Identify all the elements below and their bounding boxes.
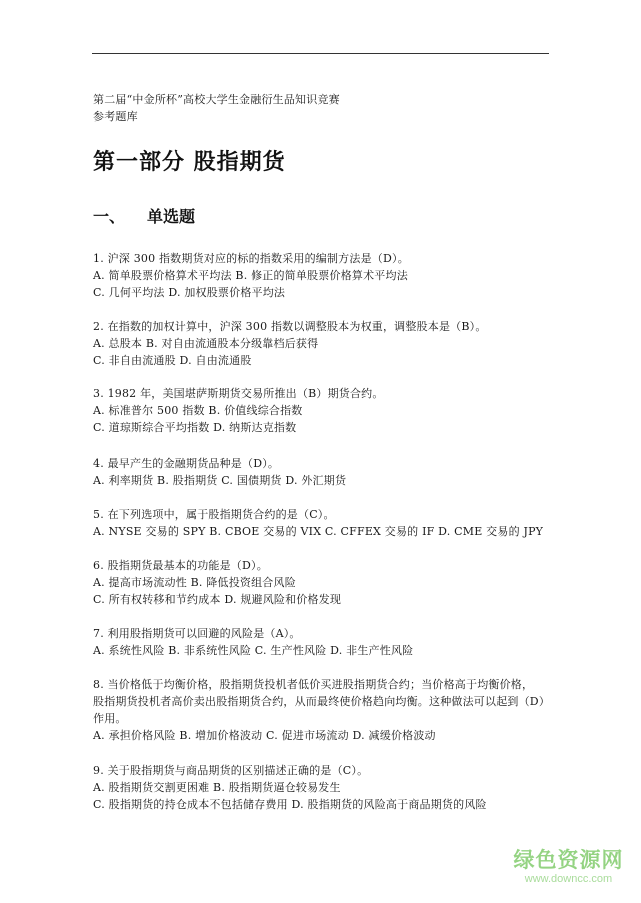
question-bank-label: 参考题库 (93, 110, 138, 124)
question-options: A. 股指期货交割更困难 B. 股指期货逼仓较易发生 (93, 779, 553, 796)
question-options: A. NYSE 交易的 SPY B. CBOE 交易的 VIX C. CFFEX… (93, 523, 553, 540)
watermark-logo-text: 绿色资源网 (506, 848, 631, 872)
question-8: 8. 当价格低于均衡价格，股指期货投机者低价买进股指期货合约；当价格高于均衡价格… (93, 676, 553, 744)
question-options: A. 标准普尔 500 指数 B. 价值线综合指数 (93, 402, 553, 419)
question-stem: 7. 利用股指期货可以回避的风险是（A）。 (93, 625, 553, 642)
section-title: 一、单选题 (93, 206, 195, 228)
question-stem-continued: 股指期货投机者高价卖出股指期货合约，从而最终使价格趋向均衡。这种做法可以起到（D… (93, 693, 553, 710)
competition-title: 第二届“中金所杯”高校大学生金融衍生品知识竞赛 (93, 93, 340, 107)
question-stem: 5. 在下列选项中，属于股指期货合约的是（C）。 (93, 506, 553, 523)
question-stem: 4. 最早产生的金融期货品种是（D）。 (93, 455, 553, 472)
question-stem: 3. 1982 年，美国堪萨斯期货交易所推出（B）期货合约。 (93, 385, 553, 402)
question-stem: 8. 当价格低于均衡价格，股指期货投机者低价买进股指期货合约；当价格高于均衡价格… (93, 676, 553, 693)
section-label: 单选题 (147, 207, 195, 226)
question-5: 5. 在下列选项中，属于股指期货合约的是（C）。 A. NYSE 交易的 SPY… (93, 506, 553, 540)
question-stem: 6. 股指期货最基本的功能是（D）。 (93, 557, 553, 574)
question-2: 2. 在指数的加权计算中，沪深 300 指数以调整股本为权重，调整股本是（B）。… (93, 318, 553, 369)
question-options: C. 道琼斯综合平均指数 D. 纳斯达克指数 (93, 419, 553, 436)
watermark-url: www.downcc.com (506, 872, 631, 886)
question-options: C. 非自由流通股 D. 自由流通股 (93, 352, 553, 369)
question-options: A. 总股本 B. 对自由流通股本分级靠档后获得 (93, 335, 553, 352)
part-title: 第一部分 股指期货 (93, 149, 286, 177)
question-1: 1. 沪深 300 指数期货对应的标的指数采用的编制方法是（D）。 A. 简单股… (93, 250, 553, 301)
question-stem: 2. 在指数的加权计算中，沪深 300 指数以调整股本为权重，调整股本是（B）。 (93, 318, 553, 335)
question-options: A. 系统性风险 B. 非系统性风险 C. 生产性风险 D. 非生产性风险 (93, 642, 553, 659)
question-stem: 9. 关于股指期货与商品期货的区别描述正确的是（C）。 (93, 762, 553, 779)
question-6: 6. 股指期货最基本的功能是（D）。 A. 提高市场流动性 B. 降低投资组合风… (93, 557, 553, 608)
question-options: A. 提高市场流动性 B. 降低投资组合风险 (93, 574, 553, 591)
question-options: C. 股指期货的持仓成本不包括储存费用 D. 股指期货的风险高于商品期货的风险 (93, 796, 553, 813)
question-9: 9. 关于股指期货与商品期货的区别描述正确的是（C）。 A. 股指期货交割更困难… (93, 762, 553, 813)
question-options: A. 承担价格风险 B. 增加价格波动 C. 促进市场流动 D. 减缓价格波动 (93, 727, 553, 744)
question-3: 3. 1982 年，美国堪萨斯期货交易所推出（B）期货合约。 A. 标准普尔 5… (93, 385, 553, 436)
question-options: C. 所有权转移和节约成本 D. 规避风险和价格发现 (93, 591, 553, 608)
question-7: 7. 利用股指期货可以回避的风险是（A）。 A. 系统性风险 B. 非系统性风险… (93, 625, 553, 659)
question-stem: 1. 沪深 300 指数期货对应的标的指数采用的编制方法是（D）。 (93, 250, 553, 267)
question-stem-continued: 作用。 (93, 710, 553, 727)
question-options: A. 简单股票价格算术平均法 B. 修正的简单股票价格算术平均法 (93, 267, 553, 284)
section-number: 一、 (93, 207, 125, 226)
header-rule (92, 53, 549, 54)
question-options: A. 利率期货 B. 股指期货 C. 国债期货 D. 外汇期货 (93, 472, 553, 489)
question-4: 4. 最早产生的金融期货品种是（D）。 A. 利率期货 B. 股指期货 C. 国… (93, 455, 553, 489)
watermark: 绿色资源网 www.downcc.com (506, 848, 631, 886)
document-page: 第二届“中金所杯”高校大学生金融衍生品知识竞赛 参考题库 第一部分 股指期货 一… (0, 0, 641, 903)
question-options: C. 几何平均法 D. 加权股票价格平均法 (93, 284, 553, 301)
